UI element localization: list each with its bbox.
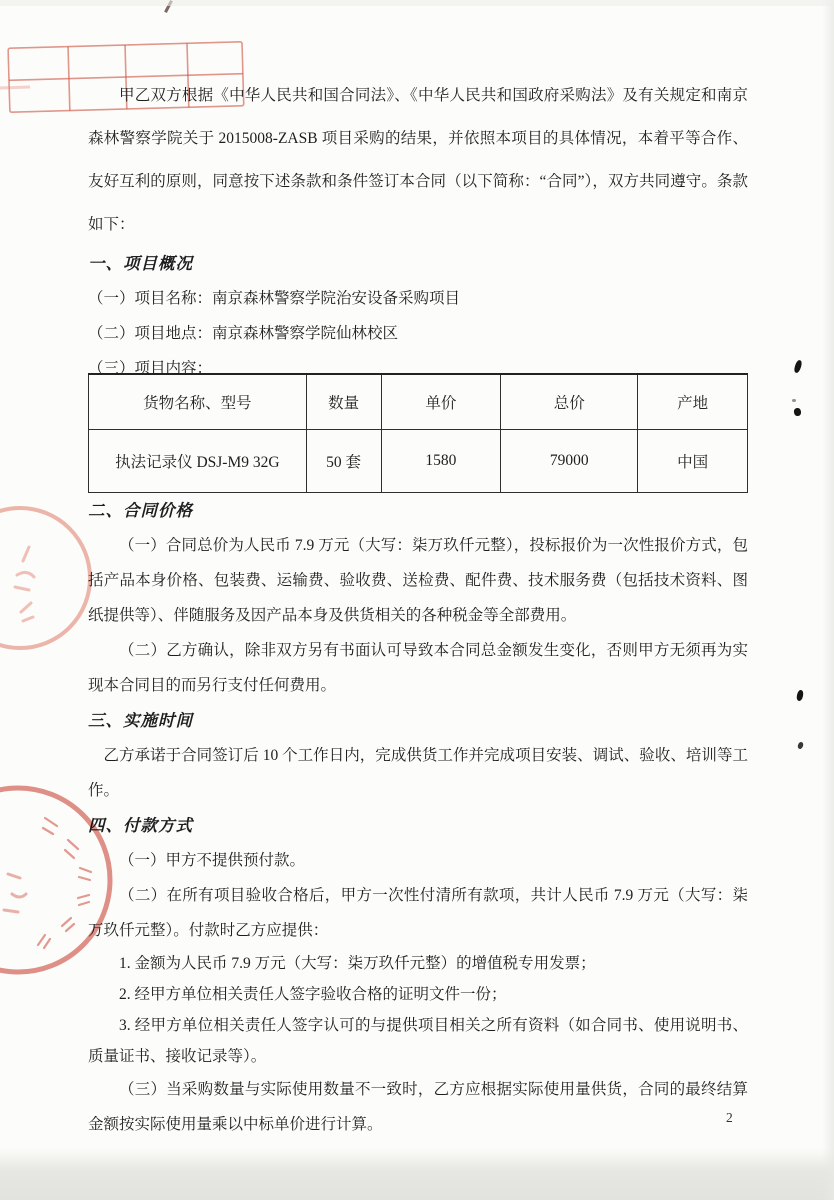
section1-title: 一、项目概况 [88, 246, 748, 281]
col-header-total-price: 总价 [501, 374, 638, 430]
col-header-quantity: 数量 [306, 374, 381, 430]
official-seal-upper-graphic [0, 503, 95, 653]
scan-edge-top [0, 0, 834, 6]
cell-origin: 中国 [638, 430, 748, 493]
ink-speck [797, 741, 804, 749]
section2-title: 二、合同价格 [88, 493, 748, 528]
ink-speck [792, 399, 796, 402]
cell-total-price: 79000 [501, 430, 638, 493]
table-row: 执法记录仪 DSJ-M9 32G 50 套 1580 79000 中国 [89, 430, 748, 493]
official-seal-upper [0, 503, 95, 658]
contract-page-scan: 甲乙双方根据《中华人民共和国合同法》、《中华人民共和国政府采购法》及有关规定和南… [0, 0, 834, 1200]
goods-table: 货物名称、型号 数量 单价 总价 产地 执法记录仪 DSJ-M9 32G 50 … [88, 373, 748, 493]
section4-title: 四、付款方式 [88, 808, 748, 843]
page-number: 2 [726, 1110, 733, 1126]
col-header-origin: 产地 [638, 374, 748, 430]
contract-price-clause-1: （一）合同总价为人民币 7.9 万元（大写：柒万玖仟元整），投标报价为一次性报价… [88, 528, 748, 633]
payment-clause-2: （二）在所有项目验收合格后，甲方一次性付清所有款项，共计人民币 7.9 万元（大… [88, 878, 748, 948]
ink-speck [793, 359, 803, 373]
payment-clause-3: （三）当采购数量与实际使用数量不一致时，乙方应根据实际使用量供货，合同的最终结算… [88, 1072, 748, 1142]
contract-price-clause-2: （二）乙方确认，除非双方另有书面认可导致本合同总金额发生变化，否则甲方无须再为实… [88, 633, 748, 703]
col-header-unit-price: 单价 [381, 374, 501, 430]
project-location-line: （二）项目地点：南京森林警察学院仙林校区 [88, 316, 748, 351]
payment-doc-item-3: 3. 经甲方单位相关责任人签字认可的与提供项目相关之所有资料（如合同书、使用说明… [88, 1010, 748, 1072]
payment-doc-item-2: 2. 经甲方单位相关责任人签字验收合格的证明文件一份； [88, 979, 748, 1010]
cell-quantity: 50 套 [306, 430, 381, 493]
payment-doc-item-1: 1. 金额为人民币 7.9 万元（大写：柒万玖仟元整）的增值税专用发票； [88, 948, 748, 979]
intro-paragraph: 甲乙双方根据《中华人民共和国合同法》、《中华人民共和国政府采购法》及有关规定和南… [88, 74, 748, 246]
goods-table-body: 执法记录仪 DSJ-M9 32G 50 套 1580 79000 中国 [89, 430, 748, 493]
project-name-line: （一）项目名称：南京森林警察学院治安设备采购项目 [88, 281, 748, 316]
ink-speck [793, 407, 801, 416]
contract-body: 甲乙双方根据《中华人民共和国合同法》、《中华人民共和国政府采购法》及有关规定和南… [88, 0, 748, 1142]
implementation-time-clause: 乙方承诺于合同签订后 10 个工作日内，完成供货工作并完成项目安装、调试、验收、… [88, 738, 748, 808]
scan-edge-right [822, 0, 834, 1200]
scan-edge-bottom [0, 1148, 834, 1200]
cell-unit-price: 1580 [381, 430, 501, 493]
ink-speck [796, 689, 804, 701]
cell-name-model: 执法记录仪 DSJ-M9 32G [89, 430, 307, 493]
section3-title: 三、实施时间 [88, 703, 748, 738]
payment-clause-1: （一）甲方不提供预付款。 [88, 843, 748, 878]
